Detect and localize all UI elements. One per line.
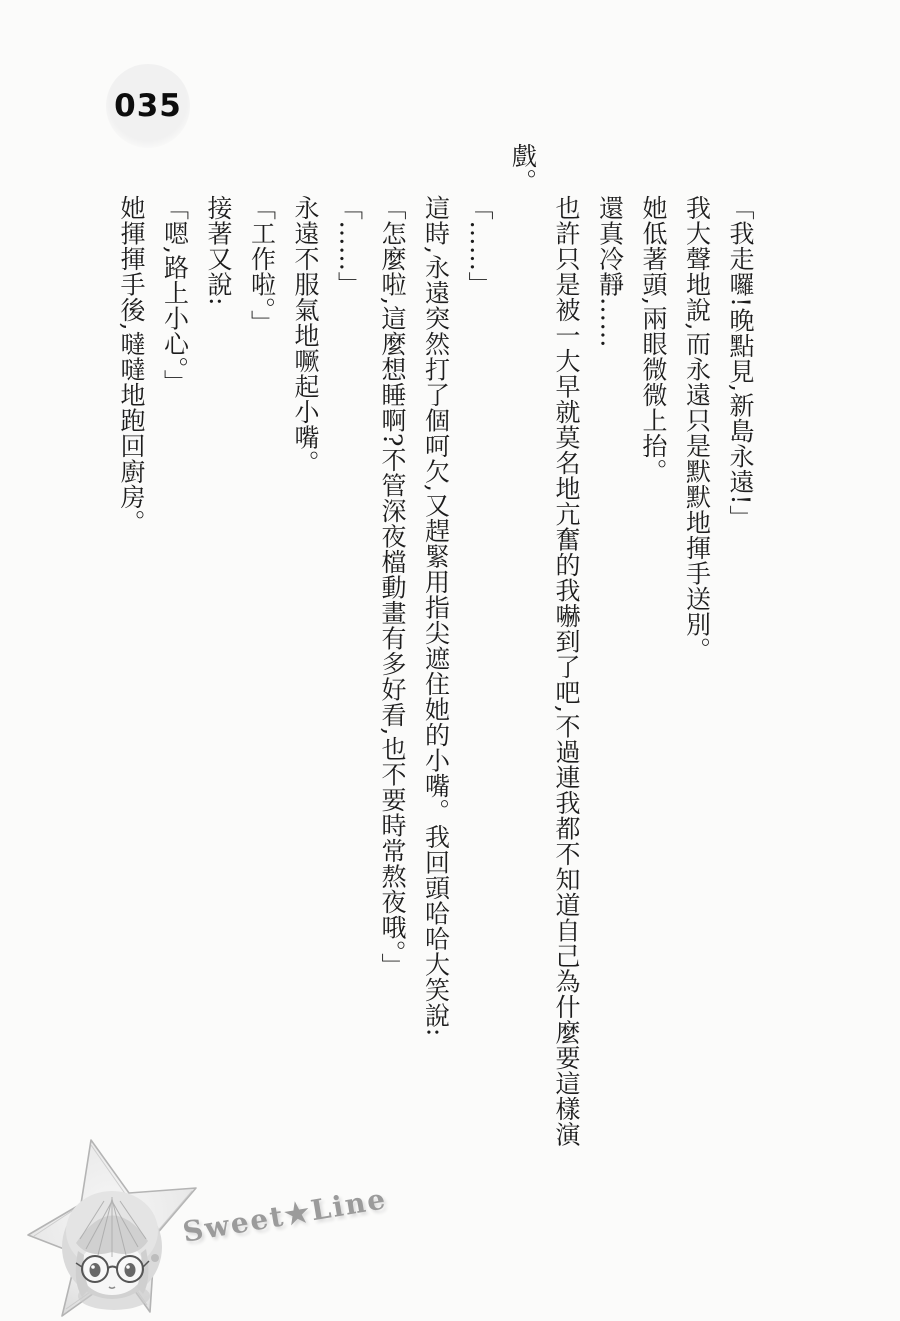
- text-column: 她低著頭,兩眼微微上抬。: [638, 195, 668, 484]
- text-column: 我大聲地說,而永遠只是默默地揮手送別。: [682, 195, 712, 662]
- text-column: 「我走囉!晚點見,新島永遠!」: [725, 195, 755, 531]
- text-column: 接著又說:: [203, 195, 233, 306]
- text-column: 「工作啦。」: [247, 195, 277, 336]
- text-column: 這時,永遠突然打了個呵欠,又趕緊用指尖遮住她的小嘴。我回頭哈哈大笑說:: [421, 195, 451, 1037]
- text-column: 「……」: [464, 195, 494, 297]
- text-column: 也許只是被一大早就莫名地亢奮的我嚇到了吧,不過連我都不知道自己為什麼要這樣演: [551, 195, 581, 1147]
- page-number-badge: 035: [106, 64, 190, 148]
- text-column: 「嗯,路上小心。」: [160, 195, 190, 395]
- text-column: 「怎麼啦,這麼想睡啊?不管深夜檔動畫有多好看,也不要時常熬夜哦。」: [377, 195, 407, 978]
- text-column: 「……」: [334, 195, 364, 297]
- text-column: 她揮揮手後,噠噠地跑回廚房。: [116, 195, 146, 535]
- novel-page: 035 「我走囉!晚點見,新島永遠!」 我大聲地說,而永遠只是默默地揮手送別。 …: [0, 0, 900, 1321]
- text-column: 永遠不服氣地噘起小嘴。: [290, 195, 320, 476]
- text-column: 戲。: [508, 143, 538, 194]
- text-column: 還真冷靜……: [595, 195, 625, 348]
- page-number: 035: [114, 88, 182, 124]
